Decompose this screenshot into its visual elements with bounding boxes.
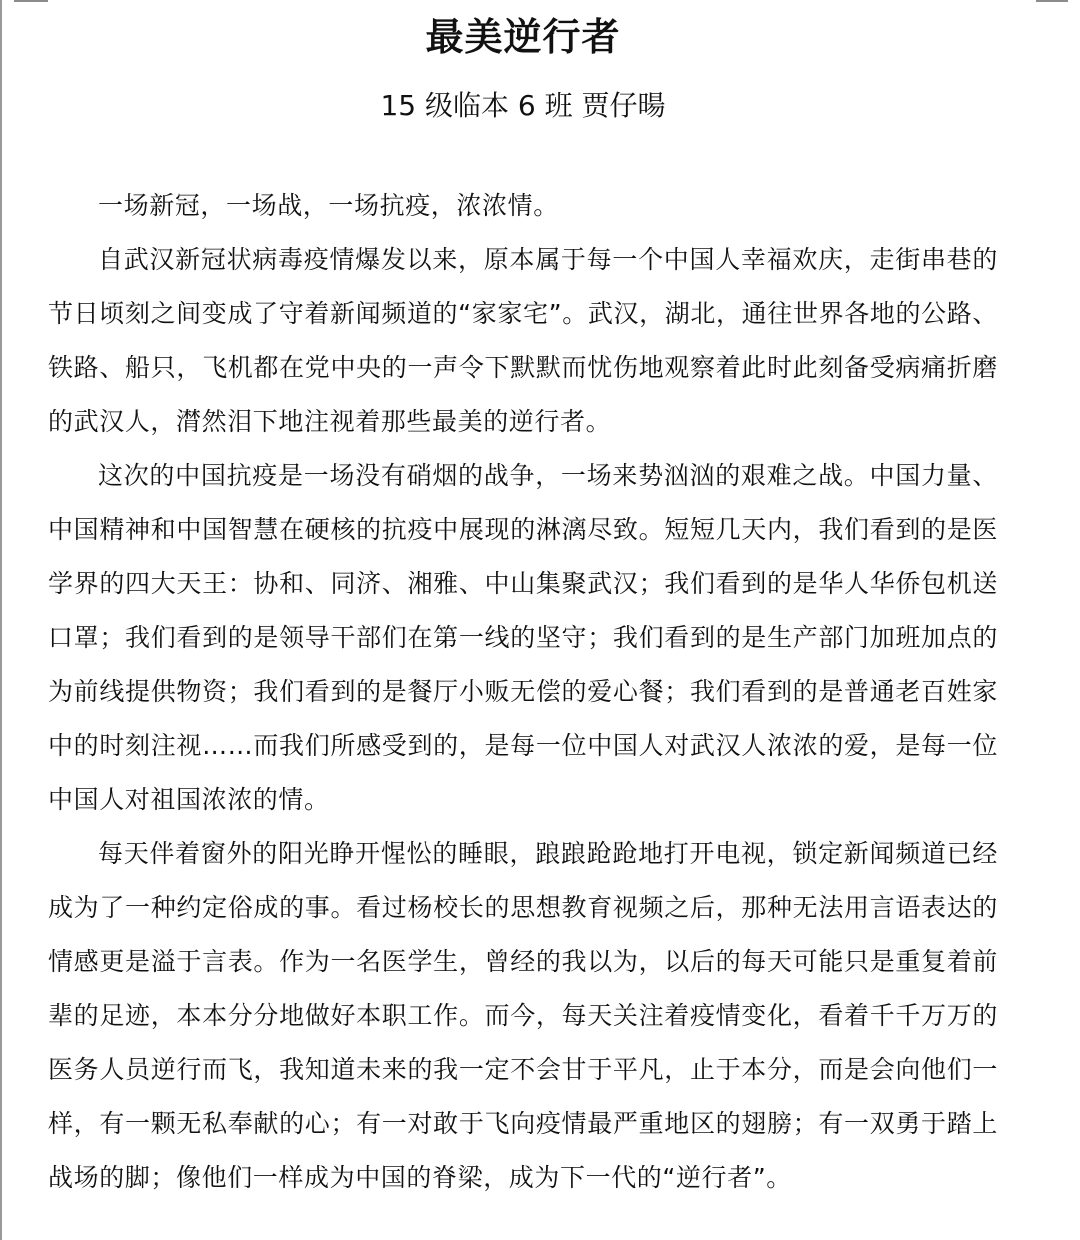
paragraph-2: 自武汉新冠状病毒疫情爆发以来，原本属于每一个中国人幸福欢庆，走街串巷的节日顷刻之… [48, 233, 998, 449]
document-body: 一场新冠，一场战，一场抗疫，浓浓情。 自武汉新冠状病毒疫情爆发以来，原本属于每一… [48, 179, 998, 1205]
paragraph-3: 这次的中国抗疫是一场没有硝烟的战争，一场来势汹汹的艰难之战。中国力量、中国精神和… [48, 449, 998, 827]
page-corner-mark-right [1036, 0, 1068, 2]
page-left-edge [0, 0, 2, 1240]
page-corner-mark-left [14, 0, 48, 2]
document-page: 最美逆行者 15 级临本 6 班 贾仔暘 一场新冠，一场战，一场抗疫，浓浓情。 … [48, 0, 998, 1205]
document-title: 最美逆行者 [48, 17, 998, 57]
author-line: 15 级临本 6 班 贾仔暘 [48, 91, 998, 121]
paragraph-4: 每天伴着窗外的阳光睁开惺忪的睡眼，踉踉跄跄地打开电视，锁定新闻频道已经成为了一种… [48, 827, 998, 1205]
paragraph-1: 一场新冠，一场战，一场抗疫，浓浓情。 [48, 179, 998, 233]
